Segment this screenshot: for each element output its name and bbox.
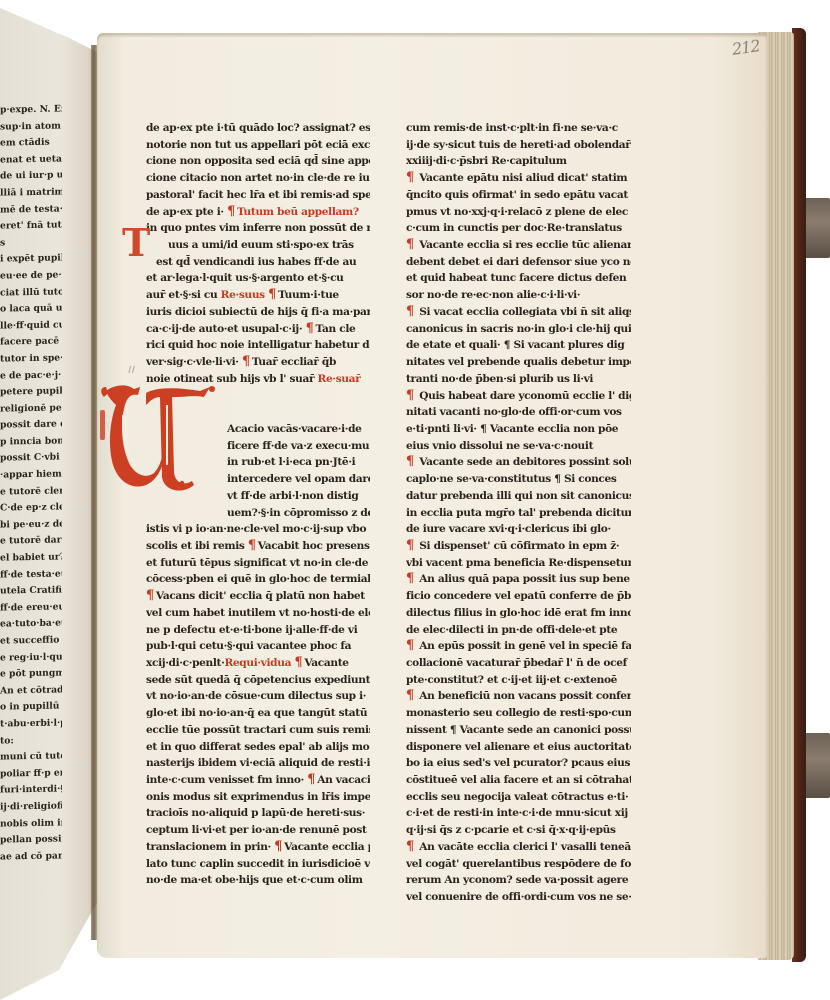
text-line: ceptum li·vi·et per io·an·de renunē post bbox=[146, 822, 370, 839]
left-text-line: e tutorē dare ga bbox=[0, 533, 62, 551]
rubric-span: Requi·vidua bbox=[224, 657, 291, 669]
text-line: cōcess·pben ei quē in glo·hoc de termiab… bbox=[146, 571, 370, 588]
text-line: glo·et ibi no·io·an·q̄ ea que tangūt sta… bbox=[146, 705, 370, 722]
text-line: istis vi p io·an·ne·cle·vel mo·c·ij·sup … bbox=[146, 521, 370, 538]
text-line: disponere vel alienare et eius auctorita… bbox=[406, 739, 631, 756]
text-line: vel cum habet inutilem vt no·hosti·de el… bbox=[146, 605, 370, 622]
text-line: tranti no·de p̄ben·si plurib us li·vi bbox=[406, 371, 631, 388]
text-line: canonicus in sacris no·in glo·i cle·hij … bbox=[406, 321, 631, 338]
text-line: caplo·ne se·va·constitutus ¶ Si conces bbox=[406, 471, 631, 488]
text-line: cione citacio non artet no·in cle·de re … bbox=[146, 170, 370, 187]
pilcrow-icon: ¶ bbox=[406, 388, 414, 403]
rubric-span: Re·suar̄ bbox=[318, 373, 361, 385]
text-line: cum remis·de inst·c·plt·in fi·ne se·va·c bbox=[406, 120, 631, 137]
pilcrow-icon: ¶ bbox=[294, 655, 302, 670]
text-line: uem?·§·in cōpromisso z de bbox=[146, 505, 370, 522]
text-line: tracioīs no·aliquid p lapū·de hereti·sus… bbox=[146, 805, 370, 822]
clasp-strap-bottom bbox=[804, 733, 830, 798]
text-line: ¶ Vacante ecclia si res ecclie tūc alien… bbox=[406, 237, 631, 254]
text-line: in quo pntes vim inferre non possūt de r… bbox=[146, 220, 370, 237]
rubric-span: Tutum beū appellam? bbox=[237, 206, 359, 218]
text-line: xcij·di·c·penlt·Requi·vidua ¶Vacante bbox=[146, 655, 370, 672]
text-line: sor no·de re·ec·non alie·c·i·li·vi· bbox=[406, 287, 631, 304]
text-line: inte·c·cum venisset fm inno· ¶An vacaci bbox=[146, 772, 370, 789]
left-text-line: ae ad cō parēdū bbox=[0, 848, 62, 866]
text-line: nissent ¶ Vacante sede an canonici possū… bbox=[406, 722, 631, 739]
left-text-line: lliā i matrimonii bbox=[0, 184, 62, 202]
pilcrow-icon: ¶ bbox=[268, 287, 276, 302]
left-text-line: e pōt pungm C· bbox=[0, 666, 62, 684]
text-line: no·de ma·et obe·hijs que et·c·cum olim bbox=[146, 872, 370, 889]
clasp-strap-top bbox=[804, 198, 830, 258]
text-column-b: cum remis·de inst·c·plt·in fi·ne se·va·c… bbox=[406, 120, 631, 906]
text-line: in ecclia puta mgr̄o tal' prebenda dicit… bbox=[406, 505, 631, 522]
text-column-a: de ap·ex pte i·tū quādo loc? assignat? e… bbox=[146, 120, 370, 889]
text-line: pmus vt no·xxj·q·i·relacō z plene de ele… bbox=[406, 204, 631, 221]
text-line: ¶ An alius quā papa possit ius sup bene bbox=[406, 571, 631, 588]
pilcrow-icon: ¶ bbox=[406, 304, 414, 319]
text-line: ne p defectu et·e·ti·bone ij·alle·ff·de … bbox=[146, 622, 370, 639]
left-text-line: tutor in spe·de bbox=[0, 350, 62, 368]
text-line: iuris dicioi subiectū de hijs q̄ fi·a ma… bbox=[146, 304, 370, 321]
left-text-line: bi pe·eu·z deut bbox=[0, 516, 62, 534]
text-line: de ap·ex pte i·tū quādo loc? assignat? e… bbox=[146, 120, 370, 137]
text-line: debent debet ei dari defensor siue yco n… bbox=[406, 254, 631, 271]
text-line: xxiiij·di·c·p̄sbri Re·capitulum bbox=[406, 153, 631, 170]
left-text-line: el babiet ur? ē pu bbox=[0, 549, 62, 567]
pilcrow-icon: ¶ bbox=[242, 354, 250, 369]
left-text-line: furi·interdi·§· bbox=[0, 782, 62, 800]
text-line: ver·sig·c·vle·li·vi· ¶Tuar̄ eccliar̄ q̄b bbox=[146, 354, 370, 371]
left-text-line: pellan possit qū bbox=[0, 832, 62, 850]
pilcrow-icon: ¶ bbox=[227, 204, 235, 219]
pilcrow-icon: ¶ bbox=[406, 571, 414, 586]
left-text-line: lle·ff·quid cum bbox=[0, 317, 62, 335]
left-text-line: p inncia bona al bbox=[0, 433, 62, 451]
text-line: cione non opposita sed eciā qd̄ sine app… bbox=[146, 153, 370, 170]
text-line: pastoral' facit hec lr̄a et ibi remis·ad… bbox=[146, 187, 370, 204]
pilcrow-icon: ¶ bbox=[306, 321, 314, 336]
leather-binding-edge bbox=[792, 28, 806, 962]
text-line: ¶Vacans dicit' ecclia q̄ platū non habet bbox=[146, 588, 370, 605]
text-line: ¶ Quis habeat dare yconomū ecclie l' dig bbox=[406, 388, 631, 405]
left-text-line: to: bbox=[0, 732, 62, 750]
text-line: eius vnio dissolui ne se·va·c·nouit bbox=[406, 438, 631, 455]
left-text-line: poliar ff·p emp· bbox=[0, 765, 62, 783]
left-text-line: eu·ee de pe·in bbox=[0, 267, 62, 285]
left-text-line: i expēt pupilli bbox=[0, 251, 62, 269]
left-text-line: possit dare eus bbox=[0, 417, 62, 435]
left-text-line: p·expe. N. Erit bbox=[0, 101, 62, 119]
left-text-line: An et cōtradicu l' bbox=[0, 682, 62, 700]
left-text-line: nobis olim in fi bbox=[0, 815, 62, 833]
left-text-line: de ui iur·p uenē bbox=[0, 168, 62, 186]
text-line: pub·l·qui cetu·§·qui vacantee phoc fa bbox=[146, 638, 370, 655]
left-text-line: possit C·vbi pe bbox=[0, 450, 62, 468]
text-line: ecclie tūe possūt tractari cum suis remi… bbox=[146, 722, 370, 739]
left-text-line: facere pacē de bbox=[0, 334, 62, 352]
text-line: et quid habeat tunc facere dictus defen bbox=[406, 270, 631, 287]
text-line: dilectus filius in glo·hoc idē erat fm i… bbox=[406, 605, 631, 622]
left-text-line: petere pupillus bbox=[0, 384, 62, 402]
left-text-line: ·appar hiem·§· bbox=[0, 467, 62, 485]
pilcrow-icon: ¶ bbox=[406, 538, 414, 553]
text-line: aur̄ et·§·si cu Re·suus ¶Tuum·i·tue bbox=[146, 287, 370, 304]
text-line: et in quo differat sedes epal' ab alijs … bbox=[146, 739, 370, 756]
text-line: scolis et ibi remis ¶Vacabit hoc presens bbox=[146, 538, 370, 555]
left-text-line: o laca quā uiori bbox=[0, 301, 62, 319]
text-line: et futurū tēpus significat vt no·in cle·… bbox=[146, 555, 370, 572]
pilcrow-icon: ¶ bbox=[307, 772, 315, 787]
text-line: monasterio seu collegio de resti·spo·cum… bbox=[406, 705, 631, 722]
text-line: rici quid hoc noie intelligatur habetur … bbox=[146, 337, 370, 354]
text-line: e·ti·pnti li·vi· ¶ Vacante ecclia non pō… bbox=[406, 421, 631, 438]
pilcrow-icon: ¶ bbox=[248, 538, 256, 553]
decorated-initial-v-icon bbox=[100, 375, 220, 495]
text-line: translacionem in prin· ¶Vacante ecclia p… bbox=[146, 839, 370, 856]
left-text-line: eret' fnā tutorio bbox=[0, 218, 62, 236]
text-line: vt no·io·an·de cōsue·cum dilectus sup i· bbox=[146, 688, 370, 705]
text-line: cōstitueē vel alia facere et an si cōtra… bbox=[406, 772, 631, 789]
text-line: de elec·dilecti in pn·de offi·dele·et pt… bbox=[406, 622, 631, 639]
left-text-line: ea·tuto·ba·eu bbox=[0, 616, 62, 634]
text-line: ij·de sy·sicut tuis de hereti·ad obolend… bbox=[406, 137, 631, 154]
text-line: q̄ncito quis ofirmat' in sedo epātu vaca… bbox=[406, 187, 631, 204]
text-line: de ap·ex pte i· ¶Tutum beū appellam? bbox=[146, 204, 370, 221]
text-line: ¶ An epūs possit in genē vel in speciē f… bbox=[406, 638, 631, 655]
pilcrow-icon: ¶ bbox=[406, 237, 414, 252]
left-text-line: em ctādis bbox=[0, 135, 62, 153]
text-line: ¶ Si dispenset' cū cōfirmato in epm z̄· bbox=[406, 538, 631, 555]
text-line: de etate et quali· ¶ Si vacant plures di… bbox=[406, 337, 631, 354]
pilcrow-icon: ¶ bbox=[406, 688, 414, 703]
left-text-line: C·de ep·z cle bbox=[0, 500, 62, 518]
text-line: uus a umi/id euum sti·spo·ex trās bbox=[146, 237, 370, 254]
left-text-line: s bbox=[0, 234, 62, 252]
left-text-line: e de pac·e·j· bbox=[0, 367, 62, 385]
text-line: est qd̄ vendicandi ius habes ff·de au bbox=[146, 254, 370, 271]
left-text-line: enat et uetat nō bbox=[0, 151, 62, 169]
rubric-span: Re·suus bbox=[221, 289, 265, 301]
left-text-line: e reg·iu·l·que bbox=[0, 649, 62, 667]
left-text-line: e tutorē clerico bbox=[0, 483, 62, 501]
pilcrow-icon: ¶ bbox=[146, 588, 154, 603]
text-line: ¶ An vacāte ecclia clerici l' vasalli te… bbox=[406, 839, 631, 856]
folio-number: 212 bbox=[731, 36, 761, 59]
left-text-line: ff·de ereu·eu·l bbox=[0, 599, 62, 617]
text-line: ¶ Si vacat ecclia collegiata vbi n̄ sit … bbox=[406, 304, 631, 321]
pilcrow-icon: ¶ bbox=[406, 638, 414, 653]
left-text-line: sup·in atom fuas bbox=[0, 118, 62, 136]
text-line: bo ia eius sed's vel pcurator? pcaus eiu… bbox=[406, 755, 631, 772]
left-text-line: ciat illū tutorē bbox=[0, 284, 62, 302]
left-text-line: ij·di·religiofi z bbox=[0, 798, 62, 816]
left-text-line: et succeffio pa bbox=[0, 632, 62, 650]
text-line: pte·constitut? et c·ij·et iij·et c·exten… bbox=[406, 672, 631, 689]
left-text-line: utela Cratifica bbox=[0, 583, 62, 601]
left-page-text: p·expe. N. Eritsup·in atom fuasem ctādis… bbox=[0, 101, 62, 865]
text-line: ecclis seu negocija valeat cōtractus e·t… bbox=[406, 789, 631, 806]
text-line: nasterijs ibidem vi·eciā aliquid de rest… bbox=[146, 755, 370, 772]
left-text-line: mē de testa·c·yap bbox=[0, 201, 62, 219]
left-text-line: muni cū tutela ad bbox=[0, 749, 62, 767]
pilcrow-icon: ¶ bbox=[406, 839, 414, 854]
text-line: nitati vacanti no·glo·de offi·or·cum vos bbox=[406, 404, 631, 421]
text-line: et ar·lega·l·quit us·§·argento et·§·cu bbox=[146, 270, 370, 287]
text-line: q·ij·si q̄s z c·pcarie et c·si q̄·x·q·ij… bbox=[406, 822, 631, 839]
text-line: onis modus sit exprimendus in lr̄is impe bbox=[146, 789, 370, 806]
text-line: c·i·et de resti·in inte·c·i·de mnu·sicut… bbox=[406, 805, 631, 822]
left-text-line: religionē pe·q· bbox=[0, 400, 62, 418]
left-text-line: o in pupillū F· bbox=[0, 699, 62, 717]
pilcrow-icon: ¶ bbox=[274, 839, 282, 854]
text-line: sede sūt quedā q̄ cōpetencius expediunt bbox=[146, 672, 370, 689]
left-text-line: ff·de testa·eu·le bbox=[0, 566, 62, 584]
text-line: vbi vacent pma beneficia Re·dispensetur bbox=[406, 555, 631, 572]
text-line: notorie non tut us appellari pōt eciā ex… bbox=[146, 137, 370, 154]
text-line: lato tunc caplin succedit in iurisdicioē… bbox=[146, 856, 370, 873]
pilcrow-icon: ¶ bbox=[406, 454, 414, 469]
text-line: collacionē vacaturar̄ p̄bedar̄ l' n̄ de … bbox=[406, 655, 631, 672]
text-line: nitates vel prebende qualis debetur impe bbox=[406, 354, 631, 371]
text-line: vel conuenire de offi·ordi·cum vos ne se… bbox=[406, 889, 631, 906]
text-line: ficio concedere vel epatū conferre de p̄… bbox=[406, 588, 631, 605]
text-line: ca·c·ij·de auto·et usupal·c·ij· ¶Tan cle bbox=[146, 321, 370, 338]
text-line: ¶ Vacante sede an debitores possint solu… bbox=[406, 454, 631, 471]
text-line: ¶ An beneficiū non vacans possit conferr… bbox=[406, 688, 631, 705]
text-line: de iure vacare xvi·q·i·clericus ibi glo· bbox=[406, 521, 631, 538]
rubricated-initial-t: T bbox=[122, 226, 150, 260]
text-line: ¶ Vacante epātu nisi aliud dicat' statim bbox=[406, 170, 631, 187]
left-text-line: t·abu·erbi·l·pelt bbox=[0, 715, 62, 733]
text-line: datur prebenda illi qui non sit canonicu… bbox=[406, 488, 631, 505]
pilcrow-icon: ¶ bbox=[406, 170, 414, 185]
text-line: rerum An yconom? sede va·possit agere bbox=[406, 872, 631, 889]
text-line: c·cum in cunctis per doc·Re·translatus bbox=[406, 220, 631, 237]
text-line: vel cogāt' querelantibus respōdere de fo… bbox=[406, 856, 631, 873]
